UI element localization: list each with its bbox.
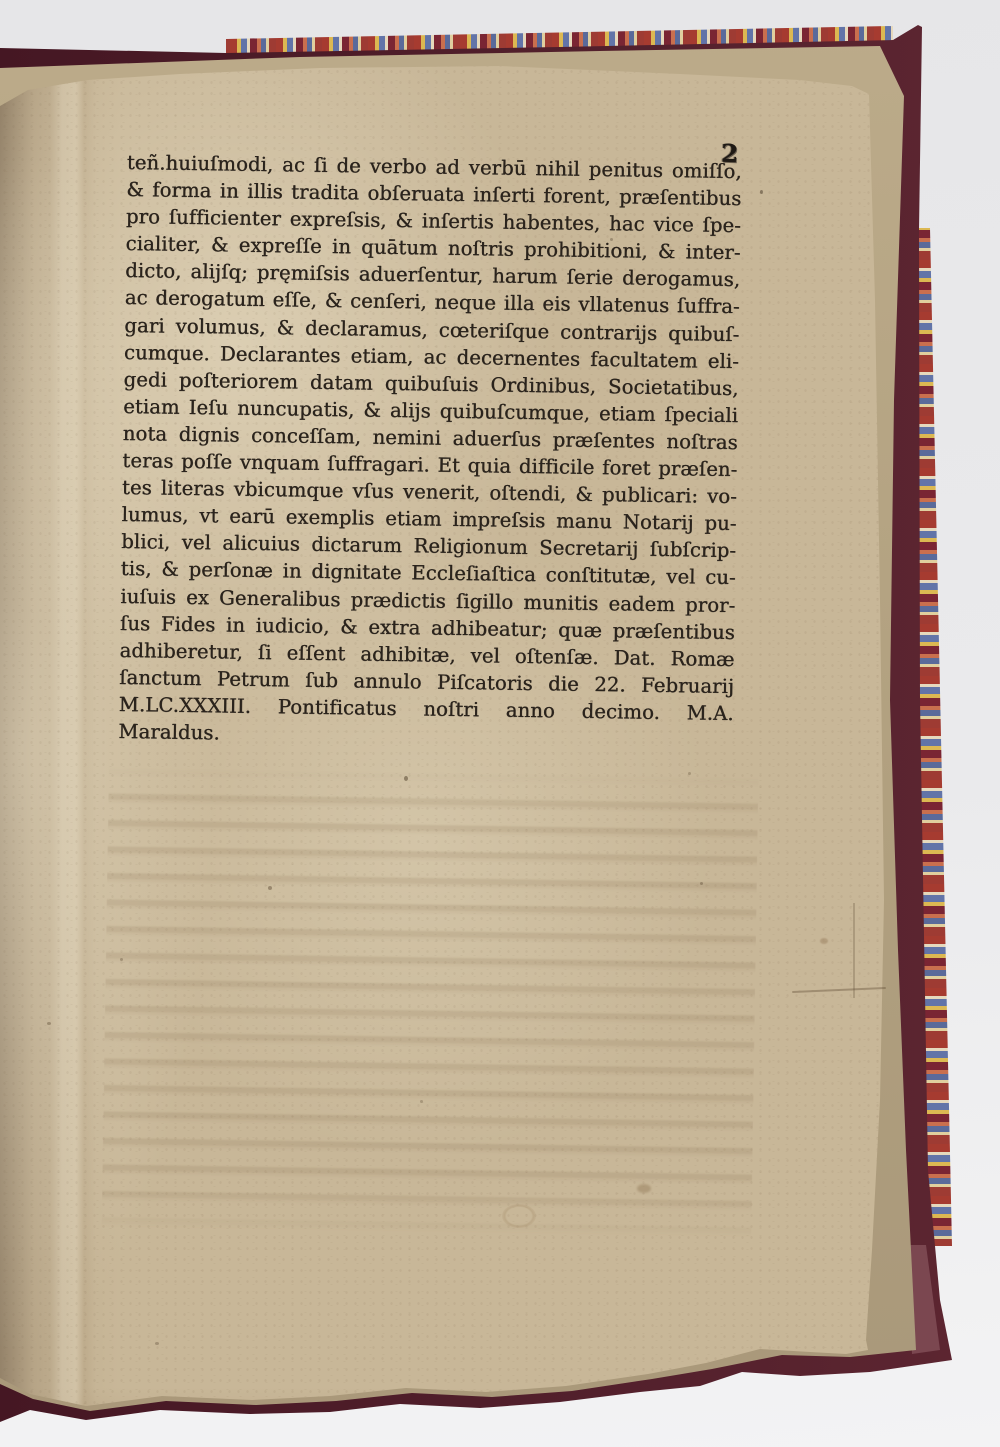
stain-spot (700, 882, 703, 885)
ink-speck (760, 190, 763, 194)
stain-spot (590, 700, 593, 703)
stain-ring (502, 1204, 536, 1228)
stain-spot (420, 1100, 423, 1103)
stain-spot (47, 1022, 51, 1025)
photo-background: 2 teñ.huiuſmodi, ac ſi de verbo ad verbū… (0, 0, 1000, 1447)
paper-crease (853, 903, 855, 998)
stain-spot (637, 1184, 651, 1193)
verso-text-show-through (101, 767, 758, 1243)
stain-spot (820, 938, 828, 944)
ink-speck (610, 238, 613, 241)
stain-spot (404, 776, 408, 781)
latin-text-block: teñ.huiuſmodi, ac ſi de verbo ad verbū n… (118, 149, 742, 754)
stain-spot (120, 958, 123, 961)
stain-spot (155, 1342, 159, 1345)
stain-spot (268, 886, 272, 890)
stain-spot (688, 772, 691, 775)
